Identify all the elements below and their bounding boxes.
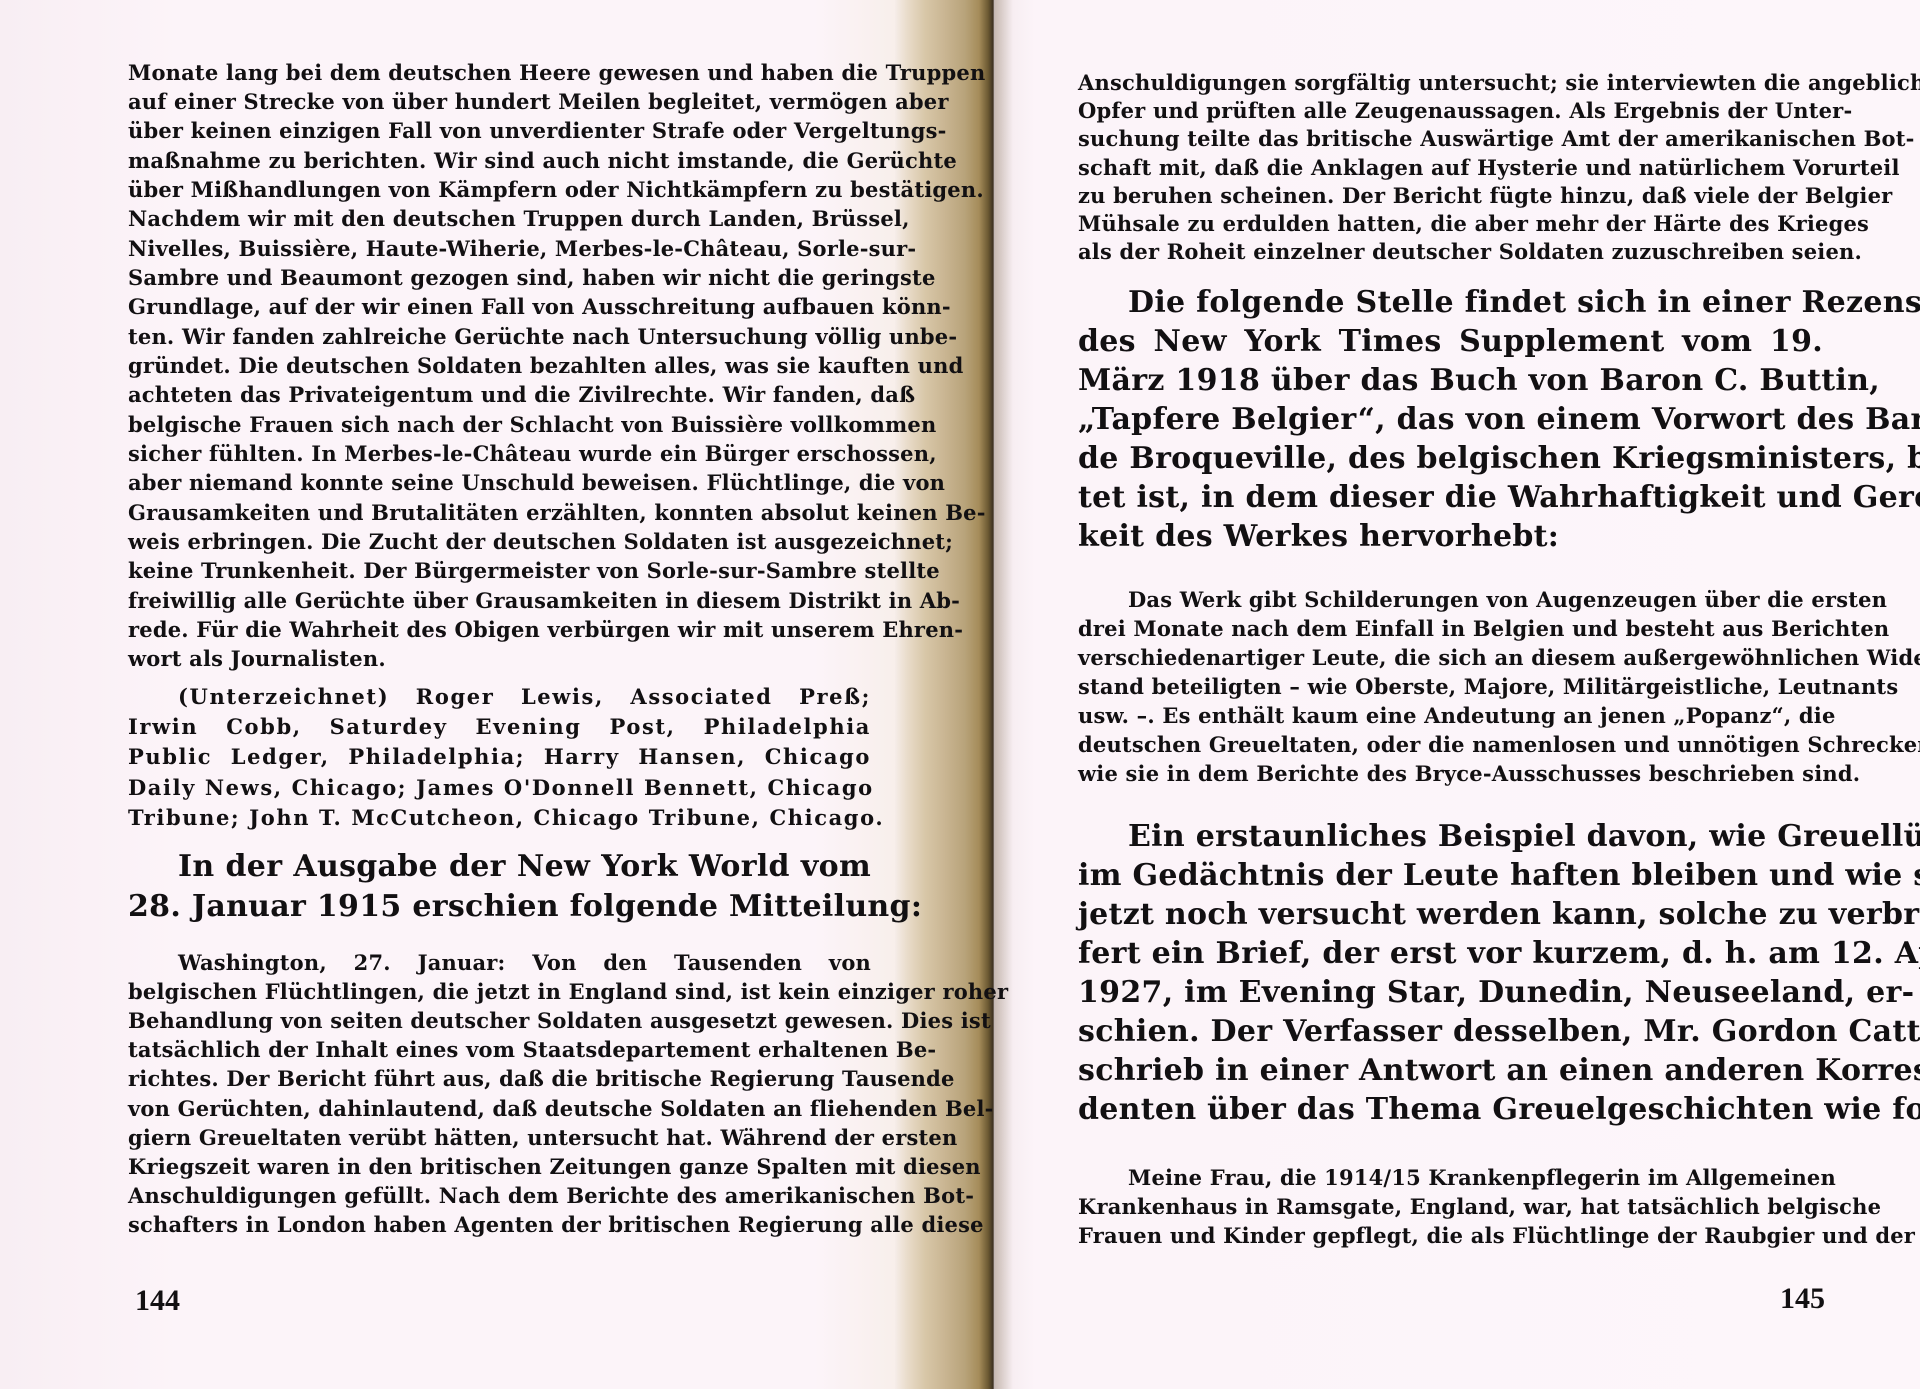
gutter-shadow xyxy=(995,0,1013,1389)
text-line: Tribune; John T. McCutcheon, Chicago Tri… xyxy=(128,807,871,828)
text-line: schrieb in einer Antwort an einen andere… xyxy=(1078,1056,1823,1086)
text-line: über Mißhandlungen von Kämpfern oder Nic… xyxy=(128,179,871,200)
text-line: März 1918 über das Buch von Baron C. But… xyxy=(1078,366,1823,396)
text-line: Daily News, Chicago; James O'Donnell Ben… xyxy=(128,777,871,798)
text-line: usw. –. Es enthält kaum eine Andeutung a… xyxy=(1078,705,1823,726)
text-line: wort als Journalisten. xyxy=(128,648,871,669)
text-line: Irwin Cobb, Saturdey Evening Post, Phila… xyxy=(128,716,871,737)
text-line: aber niemand konnte seine Unschuld bewei… xyxy=(128,472,871,493)
text-line: Sambre und Beaumont gezogen sind, haben … xyxy=(128,267,871,288)
text-line: jetzt noch versucht werden kann, solche … xyxy=(1078,900,1823,930)
text-line: tet ist, in dem dieser die Wahrhaftigkei… xyxy=(1078,483,1823,513)
text-line: 28. Januar 1915 erschien folgende Mittei… xyxy=(128,892,871,922)
page-number-right: 145 xyxy=(1780,1284,1825,1314)
text-line: schafters in London haben Agenten der br… xyxy=(128,1214,871,1235)
text-line: maßnahme zu berichten. Wir sind auch nic… xyxy=(128,150,871,171)
text-line: Nivelles, Buissière, Haute-Wiherie, Merb… xyxy=(128,238,871,259)
text-line: In der Ausgabe der New York World vom xyxy=(178,852,871,882)
text-line: Washington, 27. Januar: Von den Tausende… xyxy=(178,952,871,973)
book-gutter xyxy=(895,0,995,1389)
text-line: auf einer Strecke von über hundert Meile… xyxy=(128,91,871,112)
text-line: (Unterzeichnet) Roger Lewis, Associated … xyxy=(178,686,871,707)
text-line: Behandlung von seiten deutscher Soldaten… xyxy=(128,1010,871,1031)
text-line: Kriegszeit waren in den britischen Zeitu… xyxy=(128,1156,871,1177)
text-line: suchung teilte das britische Auswärtige … xyxy=(1078,128,1823,149)
text-line: Die folgende Stelle findet sich in einer… xyxy=(1128,288,1823,318)
text-line: Frauen und Kinder gepflegt, die als Flüc… xyxy=(1078,1225,1823,1246)
text-line: Grundlage, auf der wir einen Fall von Au… xyxy=(128,296,871,317)
text-line: belgische Frauen sich nach der Schlacht … xyxy=(128,414,871,435)
text-line: Grausamkeiten und Brutalitäten erzählten… xyxy=(128,502,871,523)
text-line: richtes. Der Bericht führt aus, daß die … xyxy=(128,1068,871,1089)
text-line: Monate lang bei dem deutschen Heere gewe… xyxy=(128,62,871,83)
text-line: schaft mit, daß die Anklagen auf Hysteri… xyxy=(1078,157,1823,178)
text-line: zu beruhen scheinen. Der Bericht fügte h… xyxy=(1078,185,1823,206)
text-line: Ein erstaunliches Beispiel davon, wie Gr… xyxy=(1128,822,1823,852)
text-line: freiwillig alle Gerüchte über Grausamkei… xyxy=(128,590,871,611)
text-line: sicher fühlten. In Merbes-le-Château wur… xyxy=(128,443,871,464)
text-line: ten. Wir fanden zahlreiche Gerüchte nach… xyxy=(128,326,871,347)
text-line: Mühsale zu erdulden hatten, die aber meh… xyxy=(1078,213,1823,234)
text-line: Das Werk gibt Schilderungen von Augenzeu… xyxy=(1128,589,1823,610)
text-line: de Broqueville, des belgischen Kriegsmin… xyxy=(1078,444,1823,474)
text-line: 1927, im Evening Star, Dunedin, Neuseela… xyxy=(1078,978,1823,1008)
text-line: keine Trunkenheit. Der Bürgermeister von… xyxy=(128,560,871,581)
text-line: rede. Für die Wahrheit des Obigen verbür… xyxy=(128,619,871,640)
text-line: giern Greueltaten verübt hätten, untersu… xyxy=(128,1127,871,1148)
text-line: schien. Der Verfasser desselben, Mr. Gor… xyxy=(1078,1017,1823,1047)
text-line: Anschuldigungen sorgfältig untersucht; s… xyxy=(1078,72,1823,93)
text-line: Opfer und prüften alle Zeugenaussagen. A… xyxy=(1078,100,1823,121)
text-line: denten über das Thema Greuelgeschichten … xyxy=(1078,1095,1823,1125)
text-line: über keinen einzigen Fall von unverdient… xyxy=(128,120,871,141)
text-line: gründet. Die deutschen Soldaten bezahlte… xyxy=(128,355,871,376)
text-line: Meine Frau, die 1914/15 Krankenpflegerin… xyxy=(1128,1167,1823,1188)
text-line: „Tapfere Belgier“, das von einem Vorwort… xyxy=(1078,405,1823,435)
text-line: deutschen Greueltaten, oder die namenlos… xyxy=(1078,734,1823,755)
text-line: wie sie in dem Berichte des Bryce-Aussch… xyxy=(1078,763,1823,784)
text-line: Nachdem wir mit den deutschen Truppen du… xyxy=(128,208,871,229)
text-line: verschiedenartiger Leute, die sich an di… xyxy=(1078,647,1823,668)
text-line: keit des Werkes hervorhebt: xyxy=(1078,522,1823,552)
page-number-left: 144 xyxy=(135,1286,180,1316)
text-line: weis erbringen. Die Zucht der deutschen … xyxy=(128,531,871,552)
text-line: stand beteiligten – wie Oberste, Majore,… xyxy=(1078,676,1823,697)
text-line: drei Monate nach dem Einfall in Belgien … xyxy=(1078,618,1823,639)
text-line: achteten das Privateigentum und die Zivi… xyxy=(128,384,871,405)
text-line: belgischen Flüchtlingen, die jetzt in En… xyxy=(128,981,871,1002)
text-line: tatsächlich der Inhalt eines vom Staatsd… xyxy=(128,1039,871,1060)
text-line: Anschuldigungen gefüllt. Nach dem Berich… xyxy=(128,1185,871,1206)
text-line: Krankenhaus in Ramsgate, England, war, h… xyxy=(1078,1196,1823,1217)
text-line: fert ein Brief, der erst vor kurzem, d. … xyxy=(1078,939,1823,969)
text-line: Public Ledger, Philadelphia; Harry Hanse… xyxy=(128,746,871,767)
text-line: des New York Times Supplement vom 19. xyxy=(1078,327,1823,357)
text-line: als der Roheit einzelner deutscher Solda… xyxy=(1078,241,1823,262)
text-line: von Gerüchten, dahinlautend, daß deutsch… xyxy=(128,1098,871,1119)
text-line: im Gedächtnis der Leute haften bleiben u… xyxy=(1078,861,1823,891)
